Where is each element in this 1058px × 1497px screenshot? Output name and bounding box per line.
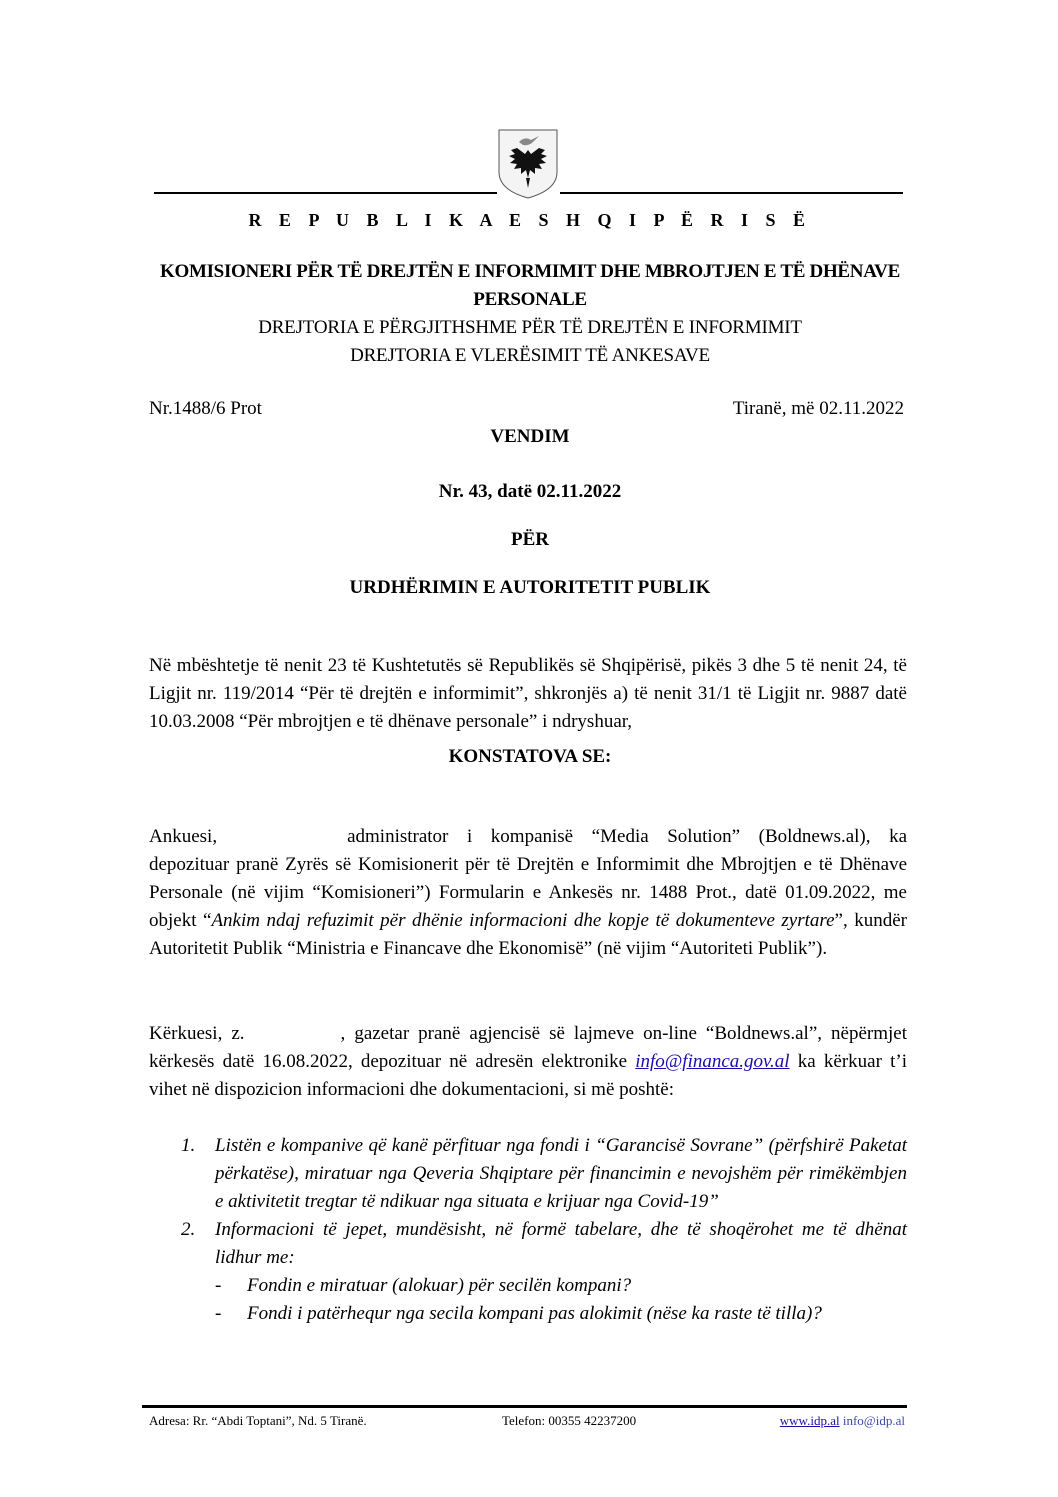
request-text-a: , gazetar pranë agjencisë së lajmeve on-… [149, 1023, 907, 1072]
protocol-number: Nr.1488/6 Prot [149, 398, 262, 420]
request-prefix: Kërkuesi, z. [149, 1023, 245, 1044]
directorate-general: DREJTORIA E PËRGJITHSHME PËR TË DREJTËN … [140, 314, 920, 342]
decision-title: VENDIM [140, 426, 920, 448]
complaint-prefix: Ankuesi, [149, 826, 217, 847]
decision-subject: URDHËRIMIN E AUTORITETIT PUBLIK [140, 577, 920, 599]
list-item: 2. Informacioni të jepet, mundësisht, në… [181, 1216, 907, 1272]
header-rule-right [560, 192, 903, 194]
albanian-eagle-emblem-icon [497, 128, 559, 200]
website-link[interactable]: www.idp.al [780, 1413, 840, 1428]
complaint-paragraph: Ankuesi,administrator i kompanisë “Media… [149, 823, 907, 963]
footer-email-link[interactable]: info@idp.al [843, 1413, 905, 1428]
decision-for: PËR [140, 529, 920, 551]
footer-phone: Telefon: 00355 42237200 [502, 1413, 636, 1429]
list-item: 1. Listën e kompanive që kanë përfituar … [181, 1132, 907, 1216]
request-paragraph: Kërkuesi, z., gazetar pranë agjencisë së… [149, 1020, 907, 1104]
document-page: R E P U B L I K A E S H Q I P Ë R I S Ë … [0, 0, 1058, 1497]
email-link[interactable]: info@financa.gov.al [635, 1051, 789, 1072]
decision-number: Nr. 43, datë 02.11.2022 [140, 481, 920, 503]
complaint-object: Ankim ndaj refuzimit për dhënie informac… [211, 910, 834, 931]
footer-rule [142, 1405, 907, 1408]
header-rule-left [154, 192, 497, 194]
directorate: DREJTORIA E VLERËSIMIT TË ANKESAVE [140, 342, 920, 370]
institution-name: KOMISIONERI PËR TË DREJTËN E INFORMIMIT … [140, 258, 920, 314]
place-date: Tiranë, më 02.11.2022 [733, 398, 904, 420]
dash-bullet: - [215, 1300, 247, 1328]
findings-heading: KONSTATOVA SE: [140, 746, 920, 768]
footer-links: www.idp.al info@idp.al [780, 1413, 905, 1429]
footer-address: Adresa: Rr. “Abdi Toptani”, Nd. 5 Tiranë… [149, 1413, 367, 1429]
legal-basis-paragraph: Në mbështetje të nenit 23 të Kushtetutës… [149, 652, 907, 736]
sub-list-item: - Fondin e miratuar (alokuar) për secilë… [215, 1272, 907, 1300]
dash-bullet: - [215, 1272, 247, 1300]
request-list: 1. Listën e kompanive që kanë përfituar … [181, 1132, 907, 1328]
sub-list-item: - Fondi i patërhequr nga secila kompani … [215, 1300, 907, 1328]
country-name: R E P U B L I K A E S H Q I P Ë R I S Ë [140, 210, 920, 231]
